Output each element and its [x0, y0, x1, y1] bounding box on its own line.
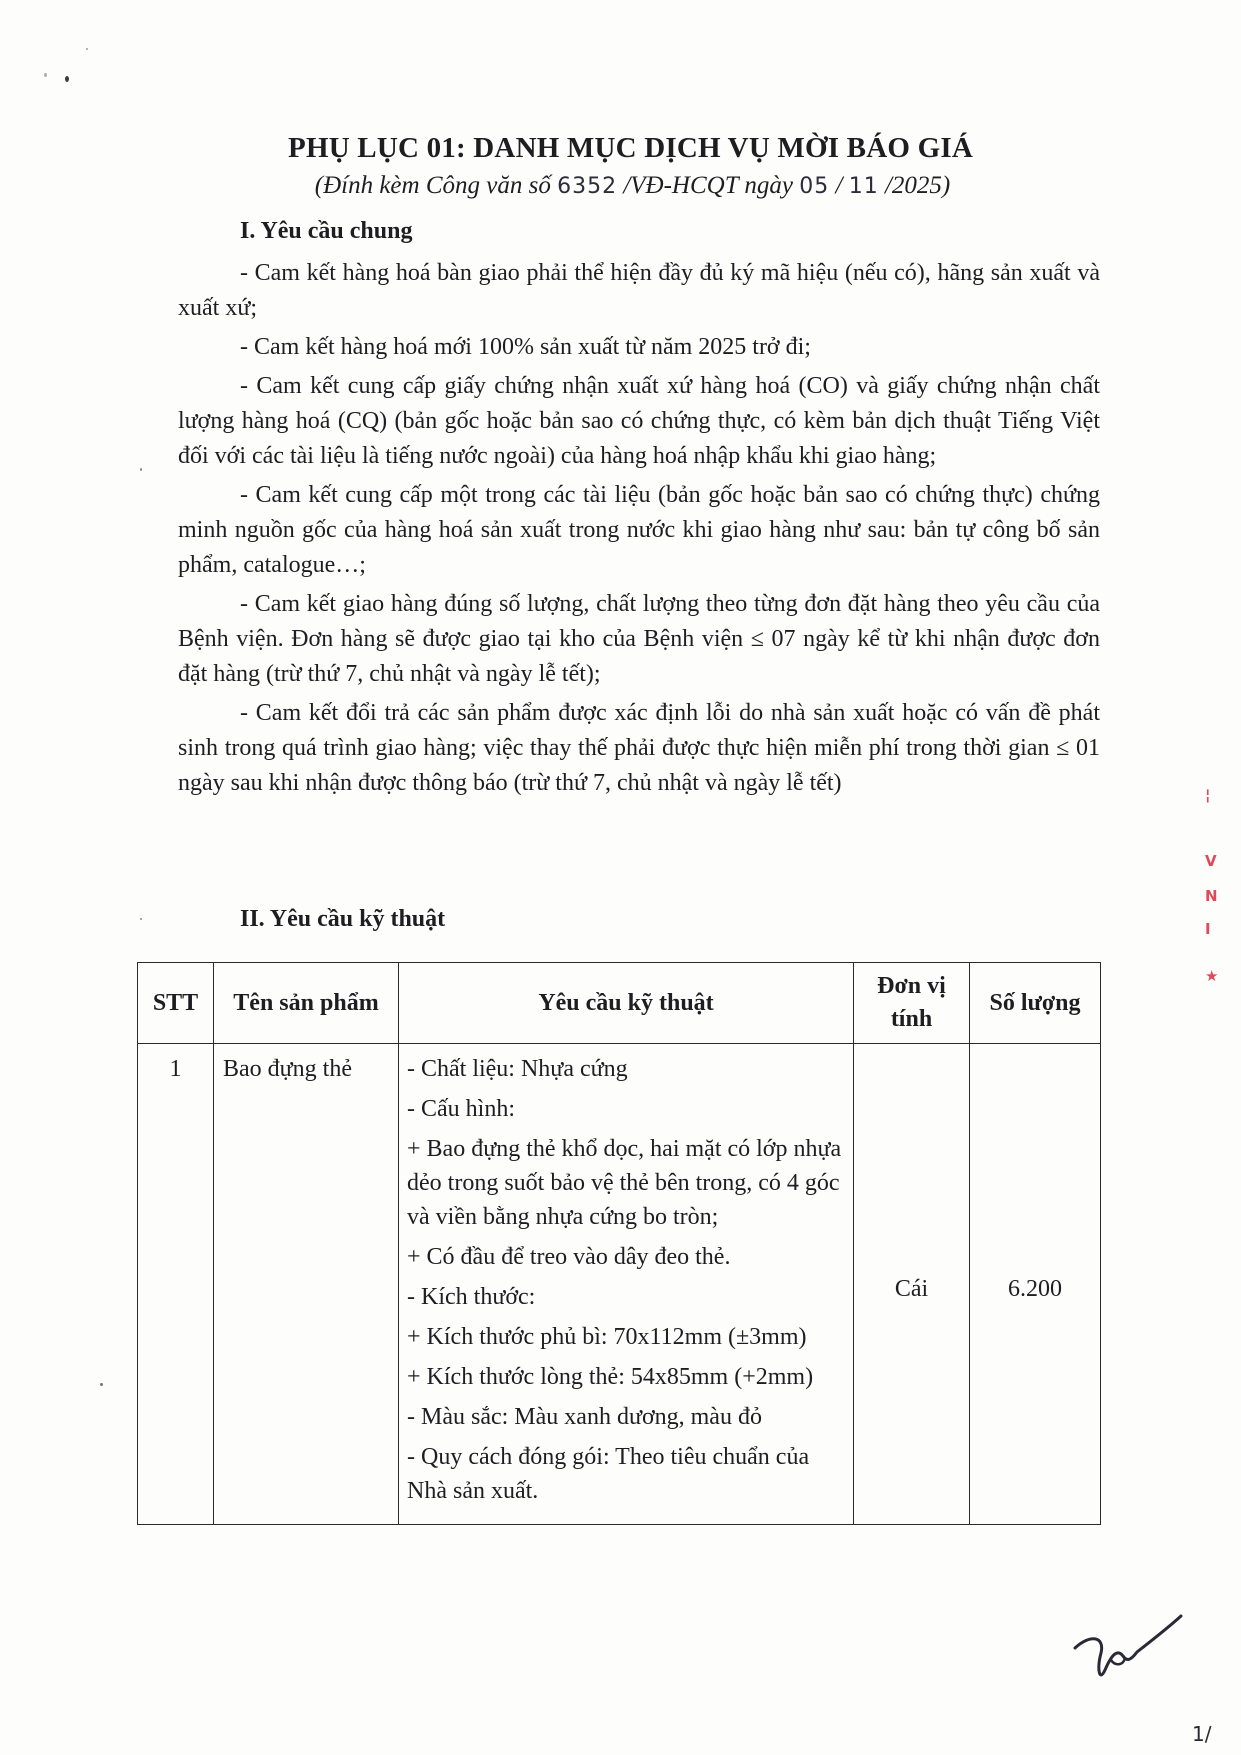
handwritten-day: 05	[799, 174, 829, 199]
cell-stt: 1	[138, 1044, 214, 1525]
handwritten-month: 11	[849, 174, 879, 199]
cell-product-name: Bao đựng thẻ	[214, 1044, 399, 1525]
requirement-line: - Chất liệu: Nhựa cứng	[407, 1052, 843, 1086]
header-unit: Đơn vị tính	[854, 963, 970, 1044]
requirement-line: - Quy cách đóng gói: Theo tiêu chuẩn của…	[407, 1440, 843, 1508]
header-stt: STT	[138, 963, 214, 1044]
requirement-line: - Kích thước:	[407, 1280, 843, 1314]
subtitle-middle: /VĐ-HCQT ngày	[617, 172, 799, 199]
stamp-fragment: I	[1205, 920, 1211, 938]
document-subtitle: (Đính kèm Công văn số 6352 /VĐ-HCQT ngày…	[0, 172, 1241, 200]
requirement-line: + Có đầu để treo vào dây đeo thẻ.	[407, 1240, 843, 1274]
requirement-line: + Kích thước phủ bì: 70x112mm (±3mm)	[407, 1320, 843, 1354]
requirement-paragraph: - Cam kết cung cấp giấy chứng nhận xuất …	[178, 369, 1100, 474]
scan-speck	[65, 76, 69, 82]
header-quantity: Số lượng	[970, 963, 1101, 1044]
technical-requirements-table: STT Tên sản phẩm Yêu cầu kỹ thuật Đơn vị…	[137, 962, 1101, 1525]
document-title: PHỤ LỤC 01: DANH MỤC DỊCH VỤ MỜI BÁO GIÁ	[0, 132, 1241, 165]
requirement-line: - Màu sắc: Màu xanh dương, màu đỏ	[407, 1400, 843, 1434]
stamp-fragment: N	[1205, 887, 1218, 905]
requirement-paragraph: - Cam kết cung cấp một trong các tài liệ…	[178, 478, 1100, 583]
scan-speck	[140, 468, 142, 471]
scan-speck	[86, 48, 88, 50]
initials-signature-icon	[1065, 1608, 1185, 1688]
cell-unit: Cái	[854, 1044, 970, 1525]
header-technical-requirements: Yêu cầu kỹ thuật	[399, 963, 854, 1044]
section-2-heading: II. Yêu cầu kỹ thuật	[240, 906, 445, 933]
requirement-line: + Kích thước lòng thẻ: 54x85mm (+2mm)	[407, 1360, 843, 1394]
subtitle-suffix: /2025)	[879, 172, 951, 199]
stamp-fragment: V	[1205, 852, 1217, 870]
requirement-paragraph: - Cam kết đổi trả các sản phẩm được xác …	[178, 696, 1100, 801]
cell-quantity: 6.200	[970, 1044, 1101, 1525]
subtitle-sep: /	[829, 172, 848, 199]
subtitle-prefix: (Đính kèm Công văn số	[315, 172, 557, 199]
table-header-row: STT Tên sản phẩm Yêu cầu kỹ thuật Đơn vị…	[138, 963, 1101, 1044]
general-requirements: - Cam kết hàng hoá bàn giao phải thể hiệ…	[178, 256, 1100, 805]
page-number: 1/	[1192, 1722, 1211, 1746]
header-product-name: Tên sản phẩm	[214, 963, 399, 1044]
document-page: PHỤ LỤC 01: DANH MỤC DỊCH VỤ MỜI BÁO GIÁ…	[0, 0, 1241, 1755]
scan-speck	[140, 918, 142, 920]
table-row: 1 Bao đựng thẻ - Chất liệu: Nhựa cứng - …	[138, 1044, 1101, 1525]
requirement-paragraph: - Cam kết giao hàng đúng số lượng, chất …	[178, 587, 1100, 692]
requirement-paragraph: - Cam kết hàng hoá mới 100% sản xuất từ …	[178, 330, 1100, 365]
stamp-fragment: ¦	[1205, 786, 1210, 804]
stamp-fragment: ★	[1205, 967, 1218, 985]
handwritten-doc-number: 6352	[557, 174, 617, 199]
cell-requirements: - Chất liệu: Nhựa cứng - Cấu hình: + Bao…	[399, 1044, 854, 1525]
requirement-paragraph: - Cam kết hàng hoá bàn giao phải thể hiệ…	[178, 256, 1100, 326]
scan-speck	[100, 1383, 103, 1386]
requirement-line: - Cấu hình:	[407, 1092, 843, 1126]
section-1-heading: I. Yêu cầu chung	[240, 218, 412, 245]
requirement-line: + Bao đựng thẻ khổ dọc, hai mặt có lớp n…	[407, 1132, 843, 1234]
scan-speck	[44, 73, 47, 77]
